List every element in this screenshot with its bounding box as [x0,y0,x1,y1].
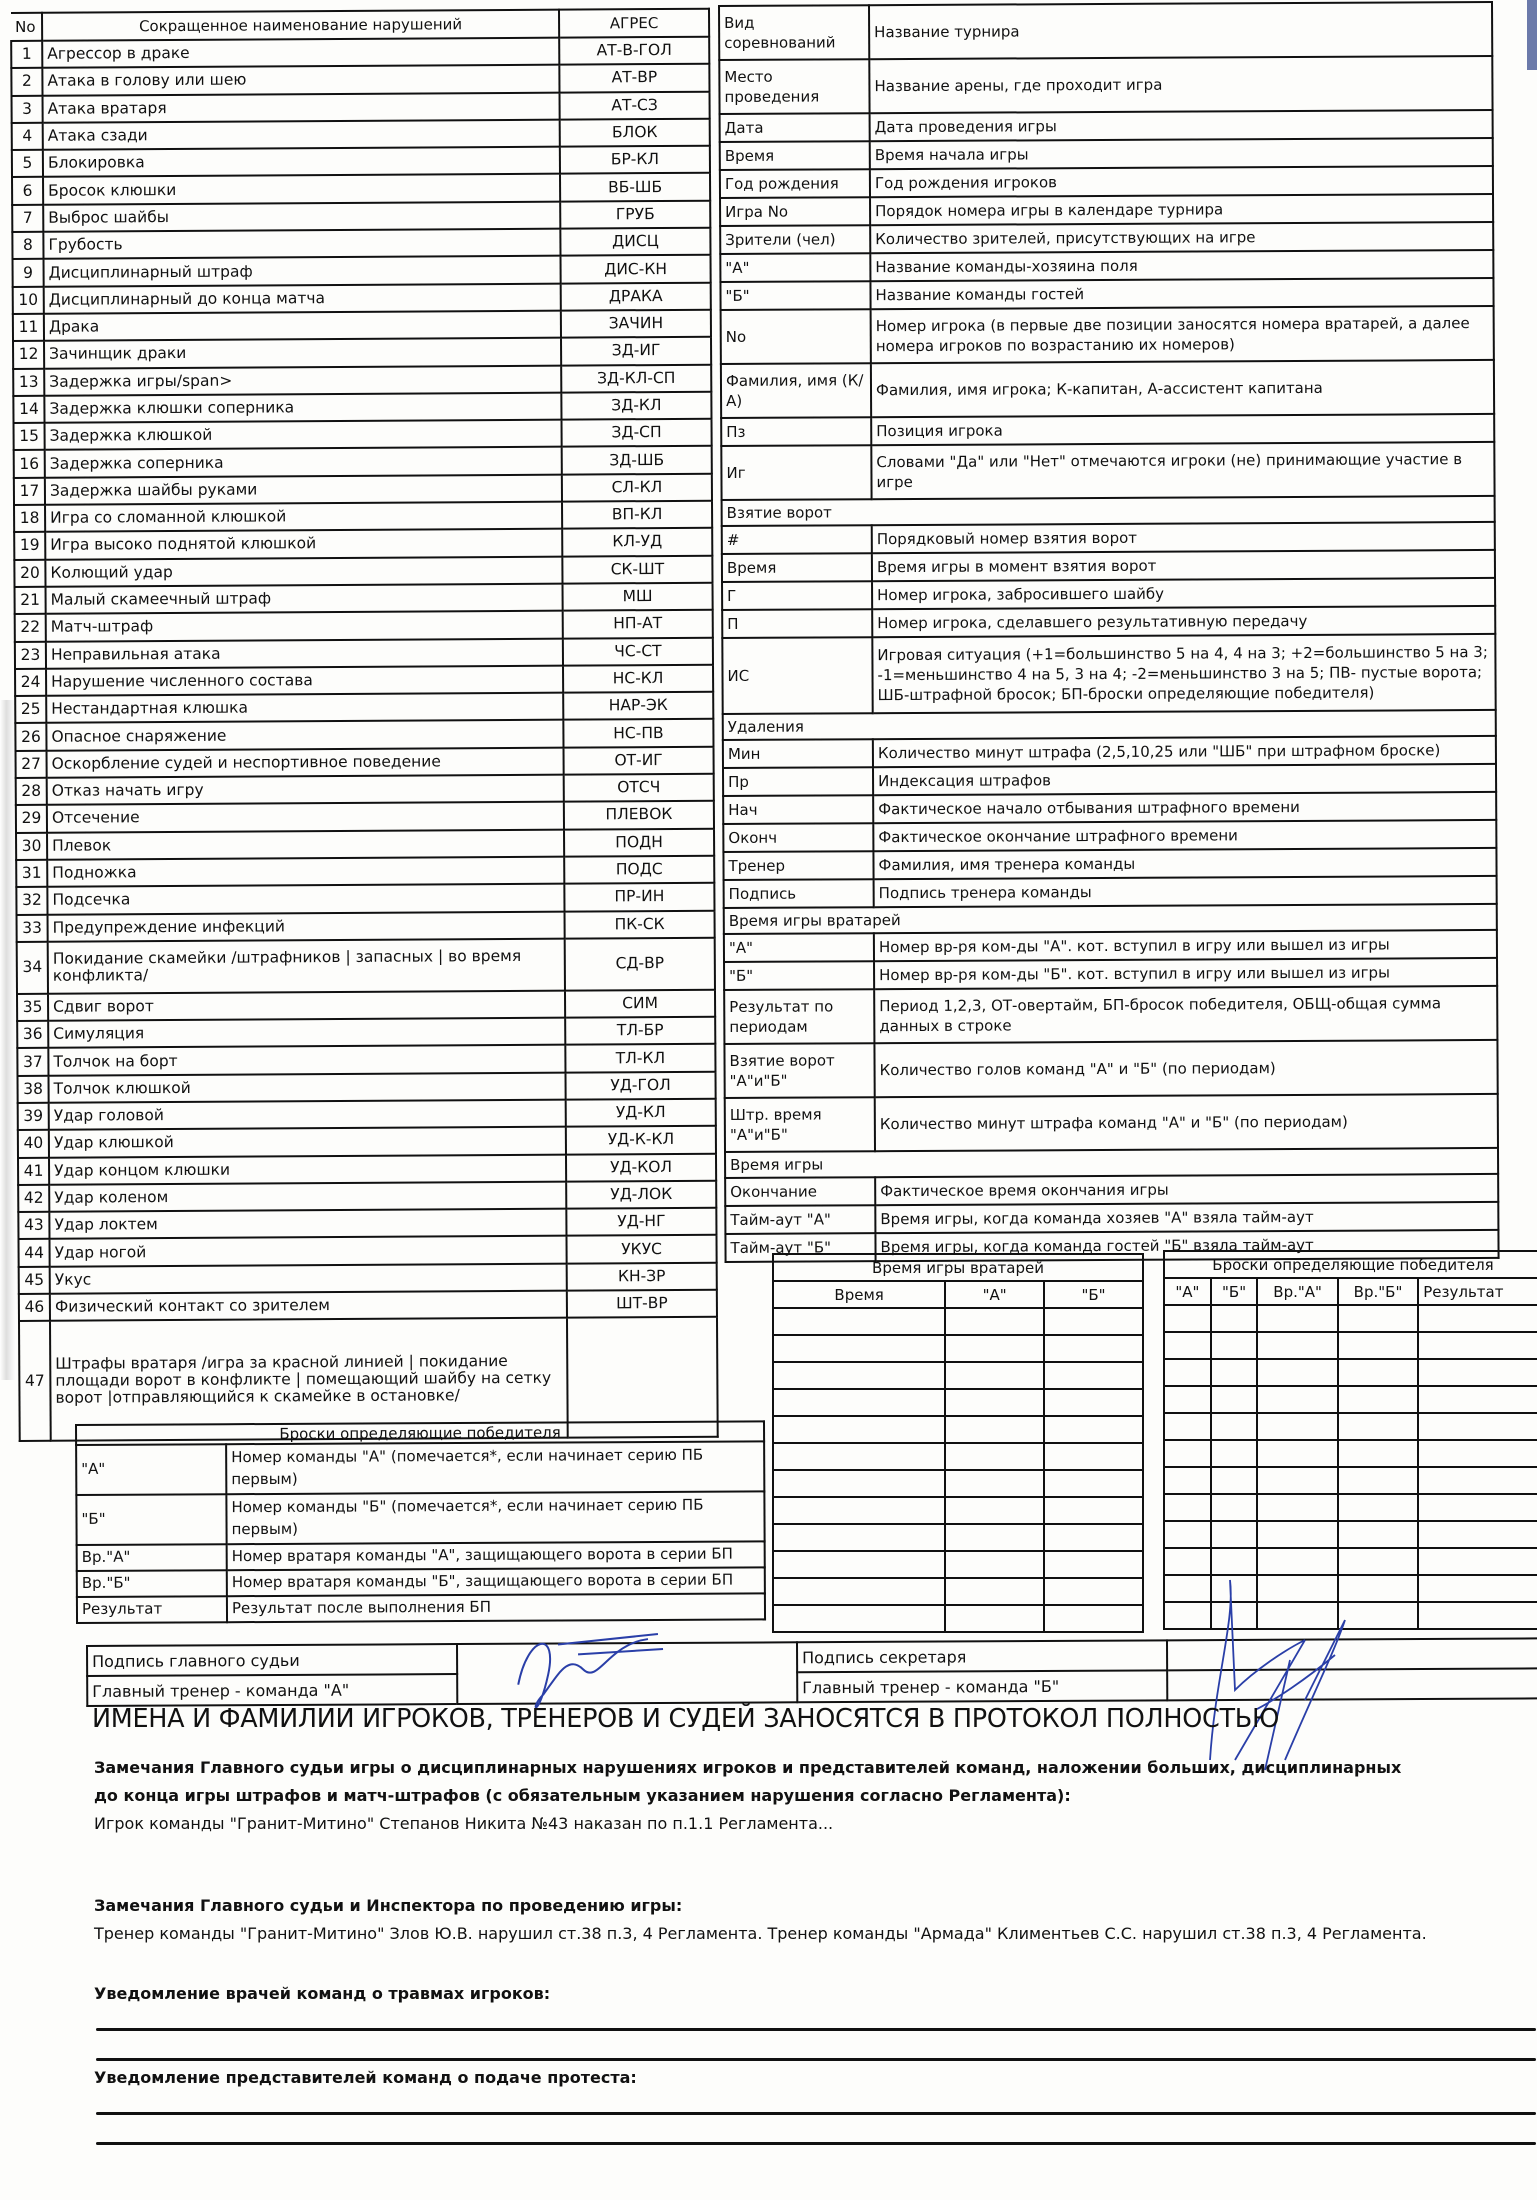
violation-row: 37Толчок на бортТЛ-КЛ [17,1044,715,1076]
violation-name: Задержка клюшки соперника [44,392,561,422]
violation-row: 32ПодсечкаПР-ИН [16,883,714,915]
goalie-cell[interactable] [1044,1551,1143,1578]
shootout-cell[interactable] [1211,1359,1258,1386]
violation-code: ДРАКА [561,282,711,310]
legend-row: "А"Название команды-хозяина поля [720,250,1493,282]
shootout-cell[interactable] [1211,1386,1258,1413]
violation-row: 16Задержка соперникаЗД-ШБ [14,446,712,478]
goalie-cell[interactable] [773,1605,945,1632]
shootout-cell[interactable] [1257,1602,1337,1629]
goalie-cell[interactable] [1044,1578,1143,1605]
shootout-legend-row: "Б"Номер команды "Б" (помечается*, если … [76,1491,764,1545]
violation-code: ПОДС [564,856,714,884]
violation-row: 10Дисциплинарный до конца матчаДРАКА [13,282,711,314]
legend-row: Вид соревнованийНазвание турнира [719,2,1492,60]
violation-number: 44 [18,1239,49,1266]
legend-row: ОкончФактическое окончание штрафного вре… [723,820,1496,852]
violation-number: 45 [19,1267,50,1294]
shootout-column-header: Результат [1418,1278,1537,1305]
violation-code: МШ [563,583,713,611]
violation-number: 40 [18,1130,49,1157]
shootout-legend-row: Вр."Б"Номер вратаря команды "Б", защищаю… [77,1567,765,1597]
violation-row: 43Удар локтемУД-НГ [18,1208,716,1240]
legend-description: Фактическое время окончания игры [875,1174,1498,1205]
goalie-cell[interactable] [773,1443,945,1470]
legend-key: Год рождения [720,169,870,198]
coach-b-signature-field[interactable] [1167,1668,1537,1700]
shootout-row [1164,1521,1537,1548]
shootout-legend-key: Вр."А" [77,1544,227,1571]
shootout-cell[interactable] [1164,1332,1211,1359]
goalie-cell[interactable] [945,1443,1044,1470]
goalie-row [773,1551,1143,1578]
shootout-cell[interactable] [1164,1413,1211,1440]
shootout-cell[interactable] [1338,1467,1418,1494]
goalie-row [773,1578,1143,1605]
violation-name: Удар клюшкой [49,1127,566,1157]
violation-name: Блокировка [43,147,560,177]
violation-row: 14Задержка клюшки соперникаЗД-КЛ [13,392,711,424]
shootout-cell[interactable] [1164,1521,1211,1548]
violation-row: 42Удар коленомУД-ЛОК [18,1181,716,1213]
shootout-row [1164,1332,1537,1359]
goalie-cell[interactable] [945,1335,1044,1362]
shootout-cell[interactable] [1338,1548,1418,1575]
legend-description: Количество голов команд "А" и "Б" (по пе… [874,1040,1497,1097]
goalie-cell[interactable] [773,1470,945,1497]
shootout-legend-description: Номер вратаря команды "А", защищающего в… [227,1541,765,1570]
violation-row: 29ОтсечениеПЛЕВОК [16,801,714,833]
goalie-cell[interactable] [945,1389,1044,1416]
violation-code: ШТ-ВР [567,1290,717,1318]
violation-code: ПЛЕВОК [564,801,714,829]
violation-name: Предупреждение инфекций [48,911,565,941]
scan-edge-mark [1527,0,1537,70]
goalie-cell[interactable] [773,1389,945,1416]
shootout-cell[interactable] [1418,1386,1537,1413]
shootout-cell[interactable] [1418,1575,1537,1602]
shootout-cell[interactable] [1211,1440,1258,1467]
goalie-cell[interactable] [1044,1389,1143,1416]
violation-code: УД-ГОЛ [565,1071,715,1099]
chief-referee-signature-field[interactable] [457,1642,797,1704]
legend-row: ПодписьПодпись тренера команды [724,876,1497,908]
shootout-legend-key: "А" [76,1444,226,1495]
goalie-table-title: Время игры вратарей [773,1254,1143,1281]
header-no: No [11,13,42,41]
violation-number: 23 [15,641,46,668]
goalie-cell[interactable] [945,1497,1044,1524]
protest-notice-title: Уведомление представителей команд о пода… [94,2068,637,2087]
goalie-time-table: Время игры вратарей Время"А""Б" [772,1253,1144,1633]
violation-code: ЗД-ИГ [561,337,711,365]
legend-key: П [722,609,872,638]
legend-key: "А" [720,253,870,282]
violation-number: 25 [15,696,46,723]
legend-row: "Б"Номер вр-ря ком-ды "Б". кот. вступил … [724,958,1497,990]
shootout-cell[interactable] [1418,1467,1537,1494]
shootout-cell[interactable] [1211,1602,1258,1629]
violation-name: Нестандартная клюшка [46,693,563,723]
violation-number: 7 [12,205,43,232]
violation-number: 6 [12,177,43,204]
violation-number: 43 [18,1212,49,1239]
legend-row: Взятие ворот "А"и"Б"Количество голов ком… [724,1040,1497,1098]
violation-number: 18 [14,505,45,532]
violation-name: Задержка шайбы руками [45,474,562,504]
legend-row: ДатаДата проведения игры [720,110,1493,142]
shootout-cell[interactable] [1164,1575,1211,1602]
legend-row: ПНомер игрока, сделавшего результативную… [722,606,1495,638]
violation-number: 24 [15,669,46,696]
shootout-legend-description: Номер вратаря команды "Б", защищающего в… [227,1567,765,1596]
shootout-cell[interactable] [1257,1575,1337,1602]
legend-description: Позиция игрока [871,414,1494,445]
shootout-legend-description: Результат после выполнения БП [227,1593,765,1622]
goalie-cell[interactable] [773,1416,945,1443]
goalie-cell[interactable] [1044,1524,1143,1551]
violation-code: ПК-СК [565,910,715,938]
shootout-cell[interactable] [1257,1332,1337,1359]
goalie-row [773,1335,1143,1362]
violation-code: ОТСЧ [564,774,714,802]
goalie-cell[interactable] [773,1524,945,1551]
violation-row: 22Матч-штрафНП-АТ [15,610,713,642]
violation-name: Плевок [47,829,564,859]
injuries-line-1[interactable] [96,2028,1536,2031]
legend-row: "А"Номер вр-ря ком-ды "А". кот. вступил … [724,930,1497,962]
violation-name: Задержка клюшкой [45,420,562,450]
violation-code: УД-ЛОК [566,1181,716,1209]
shootout-cell[interactable] [1257,1494,1337,1521]
legend-key: Штр. время "А"и"Б" [725,1097,875,1152]
legend-key: No [721,309,871,364]
violation-name: Игра со сломанной клюшкой [45,502,562,532]
violation-number: 22 [15,614,46,641]
violation-name: Подсечка [47,884,564,914]
goalie-row [773,1443,1143,1470]
goalie-cell[interactable] [773,1362,945,1389]
violation-name: Симуляция [48,1018,565,1048]
violation-code: УД-КЛ [566,1099,716,1127]
violation-row: 35Сдвиг воротСИМ [17,990,715,1022]
shootout-cell[interactable] [1164,1440,1211,1467]
violation-row: 46Физический контакт со зрителемШТ-ВР [19,1290,717,1322]
shootout-cell[interactable] [1164,1386,1211,1413]
legend-key: Место проведения [719,59,869,114]
legend-description: Словами "Да" или "Нет" отмечаются игроки… [871,442,1494,499]
violation-number: 41 [18,1157,49,1184]
shootout-cell[interactable] [1164,1494,1211,1521]
goalie-cell[interactable] [773,1497,945,1524]
shootout-cell[interactable] [1418,1332,1537,1359]
legend-key: Взятие ворот "А"и"Б" [724,1043,874,1098]
violation-row: 2Атака в голову или шеюАТ-ВР [11,64,709,96]
violation-number: 19 [14,532,45,559]
violation-row: 23Неправильная атакаЧС-СТ [15,637,713,669]
violation-code: ЗД-КЛ [561,392,711,420]
protest-line-1[interactable] [96,2112,1536,2115]
violation-name: Дисциплинарный до конца матча [44,283,561,313]
legend-row: Игра NoПорядок номера игры в календаре т… [720,194,1493,226]
legend-description: Количество минут штрафа команд "А" и "Б"… [875,1094,1498,1151]
violation-name: Малый скамеечный штраф [46,584,563,614]
violation-number: 27 [16,751,47,778]
coach-a-label: Главный тренер - команда "А" [87,1674,457,1706]
violation-number: 9 [13,259,44,286]
shootout-cell[interactable] [1211,1521,1258,1548]
violation-row: 9Дисциплинарный штрафДИС-КН [13,255,711,287]
legend-description: Название команды-хозяина поля [870,250,1493,281]
violation-code: АТ-СЗ [560,91,710,119]
shootout-cell[interactable] [1257,1359,1337,1386]
violation-number: 20 [14,559,45,586]
legend-key: Вид соревнований [719,5,869,60]
goalie-cell[interactable] [1044,1362,1143,1389]
violation-code: ЗАЧИН [561,310,711,338]
legend-description: Фактическое начало отбывания штрафного в… [873,792,1496,823]
shootout-cell[interactable] [1338,1602,1418,1629]
injuries-line-2[interactable] [96,2058,1536,2061]
violation-number: 8 [12,232,43,259]
violation-row: 18Игра со сломанной клюшкойВП-КЛ [14,501,712,533]
shootout-cell[interactable] [1338,1359,1418,1386]
legend-section-row: Время игры вратарей [724,904,1497,934]
goalie-cell[interactable] [1044,1308,1143,1335]
violation-number: 10 [13,286,44,313]
legend-row: ИгСловами "Да" или "Нет" отмечаются игро… [721,442,1494,500]
shootout-cell[interactable] [1164,1467,1211,1494]
violation-name: Драка [44,311,561,341]
goalie-cell[interactable] [1044,1497,1143,1524]
legend-table: Вид соревнованийНазвание турнираМесто пр… [718,1,1500,1263]
shootout-cell[interactable] [1164,1305,1211,1332]
conduct-remarks-title: Замечания Главного судьи и Инспектора по… [94,1896,682,1915]
legend-row: ПрИндексация штрафов [723,764,1496,796]
violation-row: 45УкусКН-ЗР [19,1262,717,1294]
violation-code: ДИС-КН [561,255,711,283]
violation-number: 4 [12,123,43,150]
shootout-cell[interactable] [1211,1467,1258,1494]
violation-row: 17Задержка шайбы рукамиСЛ-КЛ [14,473,712,505]
goalie-cell[interactable] [1044,1335,1143,1362]
violation-number: 32 [16,887,47,914]
violation-code: ЧС-СТ [563,637,713,665]
violation-code: КЛ-УД [562,528,712,556]
violation-name: Толчок клюшкой [48,1072,565,1102]
signatures-table: Подпись главного судьи Подпись секретаря… [86,1637,1537,1707]
shootout-cell[interactable] [1338,1413,1418,1440]
shootout-cell[interactable] [1418,1305,1537,1332]
secretary-signature-field[interactable] [1167,1638,1537,1670]
goalie-cell[interactable] [945,1308,1044,1335]
shootout-column-header: "Б" [1211,1278,1258,1305]
shootout-cell[interactable] [1338,1305,1418,1332]
shootout-cell[interactable] [1211,1332,1258,1359]
violation-code: НП-АТ [563,610,713,638]
shootout-legend-table: Броски определяющие победителя "А"Номер … [75,1420,766,1624]
legend-key: Зрители (чел) [720,225,870,254]
shootout-cell[interactable] [1338,1575,1418,1602]
goalie-row [773,1605,1143,1632]
violation-row: 5БлокировкаБР-КЛ [12,146,710,178]
legend-key: Время [722,553,872,582]
handwritten-signature-icon [488,1624,688,1715]
shootout-column-header: Вр."А" [1257,1278,1337,1305]
violation-name: Атака в голову или шею [42,65,559,95]
shootout-cell[interactable] [1418,1440,1537,1467]
legend-description: Фактическое окончание штрафного времени [873,820,1496,851]
shootout-cell[interactable] [1257,1386,1337,1413]
legend-description: Год рождения игроков [870,166,1493,197]
goalie-cell[interactable] [945,1524,1044,1551]
violation-number: 46 [19,1294,50,1321]
violation-code: БР-КЛ [560,146,710,174]
violation-row: 3Атака вратаряАТ-СЗ [12,91,710,123]
shootout-cell[interactable] [1164,1359,1211,1386]
shootout-cell[interactable] [1418,1548,1537,1575]
legend-key: Пз [721,417,871,446]
violation-row: 1Агрессор в дракеАТ-В-ГОЛ [11,37,709,69]
violation-name: Физический контакт со зрителем [50,1291,567,1321]
goalie-cell[interactable] [1044,1470,1143,1497]
shootout-cell[interactable] [1164,1602,1211,1629]
violation-code: ПОДН [564,828,714,856]
legend-row: NoНомер игрока (в первые две позиции зан… [721,306,1494,364]
violation-number: 42 [18,1185,49,1212]
violation-number: 1 [11,41,42,68]
violation-name: Колющий удар [45,556,562,586]
violation-code: ПР-ИН [564,883,714,911]
legend-description: Номер вр-ря ком-ды "А". кот. вступил в и… [874,930,1497,961]
violation-name: Отсечение [47,802,564,832]
violation-name: Грубость [43,229,560,259]
legend-description: Время игры в момент взятия ворот [872,550,1495,581]
goalie-cell[interactable] [945,1578,1044,1605]
legend-row: Год рожденияГод рождения игроков [720,166,1493,198]
violation-code: ЗД-ШБ [562,446,712,474]
shootout-cell[interactable] [1211,1305,1258,1332]
violation-code: ВБ-ШБ [560,173,710,201]
violation-number: 28 [16,778,47,805]
goalie-cell[interactable] [773,1578,945,1605]
shootout-cell[interactable] [1211,1413,1258,1440]
shootout-cell[interactable] [1164,1548,1211,1575]
violation-number: 34 [17,942,48,994]
violation-name: Атака вратаря [43,92,560,122]
shootout-row [1164,1413,1537,1440]
violation-name: Бросок клюшки [43,174,560,204]
violation-number: 2 [11,68,42,95]
legend-description: Индексация штрафов [873,764,1496,795]
shootout-cell[interactable] [1418,1602,1537,1629]
legend-description: Порядковый номер взятия ворот [872,522,1495,553]
violation-row: 27Оскорбление судей и неспортивное повед… [16,746,714,778]
violation-number: 37 [17,1048,48,1075]
disciplinary-remarks-text: Игрок команды "Гранит-Митино" Степанов Н… [94,1814,833,1833]
violation-code: ГРУБ [560,201,710,229]
goalie-cell[interactable] [773,1551,945,1578]
goalie-cell[interactable] [773,1335,945,1362]
shootout-cell[interactable] [1418,1413,1537,1440]
shootout-cell[interactable] [1211,1494,1258,1521]
shootout-cell[interactable] [1257,1467,1337,1494]
shootout-cell[interactable] [1418,1494,1537,1521]
shootout-cell[interactable] [1418,1521,1537,1548]
header-name: Сокращенное наименование нарушений [42,10,559,41]
goalie-cell[interactable] [945,1362,1044,1389]
goalie-cell[interactable] [1044,1605,1143,1632]
legend-section-title: Время игры вратарей [724,904,1497,934]
legend-row: Фамилия, имя (К/А)Фамилия, имя игрока; К… [721,360,1494,418]
legend-key: Иг [721,445,871,500]
injuries-notice-title: Уведомление врачей команд о травмах игро… [94,1984,550,2003]
shootout-row [1164,1494,1537,1521]
violation-row: 8ГрубостьДИСЦ [12,228,710,260]
protest-line-2[interactable] [96,2142,1536,2145]
disciplinary-remarks-title-line1: Замечания Главного судьи игры о дисципли… [94,1758,1401,1777]
shootout-cell[interactable] [1338,1440,1418,1467]
secretary-label: Подпись секретаря [797,1640,1167,1672]
violation-code: АТ-ВР [559,64,709,92]
violation-code: КН-ЗР [567,1262,717,1290]
violation-code: ВП-КЛ [562,501,712,529]
goalie-cell[interactable] [1044,1416,1143,1443]
goalie-cell[interactable] [945,1551,1044,1578]
shootout-row [1164,1602,1537,1629]
shootout-cell[interactable] [1338,1494,1418,1521]
goalie-cell[interactable] [1044,1443,1143,1470]
shootout-cell[interactable] [1338,1386,1418,1413]
scan-edge-shadow [0,700,16,1380]
shootout-cell[interactable] [1211,1575,1258,1602]
shootout-cell[interactable] [1257,1521,1337,1548]
shootout-cell[interactable] [1257,1305,1337,1332]
violation-name: Удар ногой [49,1236,566,1266]
legend-row: ИСИгровая ситуация (+1=большинство 5 на … [722,634,1495,714]
shootout-legend-row: "А"Номер команды "А" (помечается*, если … [76,1441,764,1495]
legend-row: ВремяВремя игры в момент взятия ворот [722,550,1495,582]
violations-table: No Сокращенное наименование нарушений АГ… [10,8,719,1443]
goalie-cell[interactable] [773,1308,945,1335]
violation-name: Удар коленом [49,1181,566,1211]
shootout-row [1164,1467,1537,1494]
shootout-cell[interactable] [1211,1548,1258,1575]
violation-row: 36СимуляцияТЛ-БР [17,1017,715,1049]
shootout-cell[interactable] [1418,1359,1537,1386]
shootout-row [1164,1548,1537,1575]
legend-description: Дата проведения игры [870,110,1493,141]
shootout-cell[interactable] [1257,1548,1337,1575]
legend-row: Штр. время "А"и"Б"Количество минут штраф… [725,1094,1498,1152]
violation-code: ТЛ-КЛ [565,1044,715,1072]
shootout-cell[interactable] [1338,1332,1418,1359]
violation-code: СД-ВР [565,938,715,991]
violation-name: Матч-штраф [46,611,563,641]
violation-number: 38 [17,1075,48,1102]
violation-code: НАР-ЭК [563,692,713,720]
violation-code: УКУС [566,1235,716,1263]
violation-code: УД-К-КЛ [566,1126,716,1154]
shootout-cell[interactable] [1338,1521,1418,1548]
legend-key: Тренер [723,851,873,880]
shootout-cell[interactable] [1257,1440,1337,1467]
goalie-cell[interactable] [945,1416,1044,1443]
goalie-cell[interactable] [945,1470,1044,1497]
violation-row: 44Удар ногойУКУС [18,1235,716,1267]
shootout-cell[interactable] [1257,1413,1337,1440]
goalie-cell[interactable] [945,1605,1044,1632]
